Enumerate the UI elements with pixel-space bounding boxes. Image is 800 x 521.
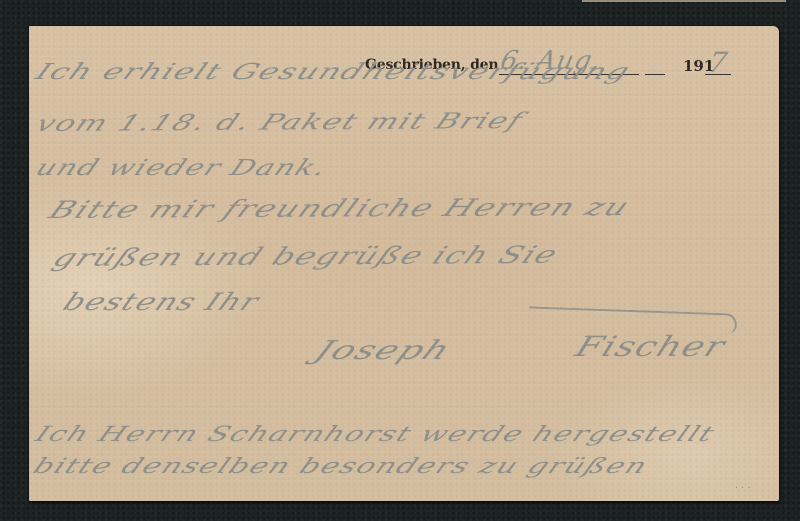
signature-last-name: Fischer: [571, 330, 731, 363]
body-line-3: und wieder Dank.: [32, 156, 332, 181]
body-line-5: grüßen und begrüße ich Sie: [48, 241, 563, 272]
year-underline: [705, 74, 731, 75]
body-line-1: Ich erhielt Gesundheitsverfügung: [31, 60, 635, 85]
body-line-4: Bitte mir freundliche Herren zu: [44, 193, 635, 224]
postscript-line-2: bitte denselben besonders zu grüßen: [29, 454, 652, 478]
body-line-6: bestens Ihr: [58, 288, 264, 316]
postcard: Geschrieben, den 6. Aug. 191 7 Ich erhie…: [29, 26, 779, 501]
adjacent-card-edge: [582, 0, 786, 2]
date-underline-dash: [645, 74, 665, 75]
dark-mount-background: Geschrieben, den 6. Aug. 191 7 Ich erhie…: [0, 0, 800, 521]
trailing-marks: ...: [735, 480, 754, 491]
body-line-2: vom 1.18. d. Paket mit Brief: [31, 109, 527, 137]
signature-first-name: Joseph: [309, 336, 456, 366]
postscript-line-1: Ich Herrn Scharnhorst werde hergestellt: [31, 422, 719, 446]
